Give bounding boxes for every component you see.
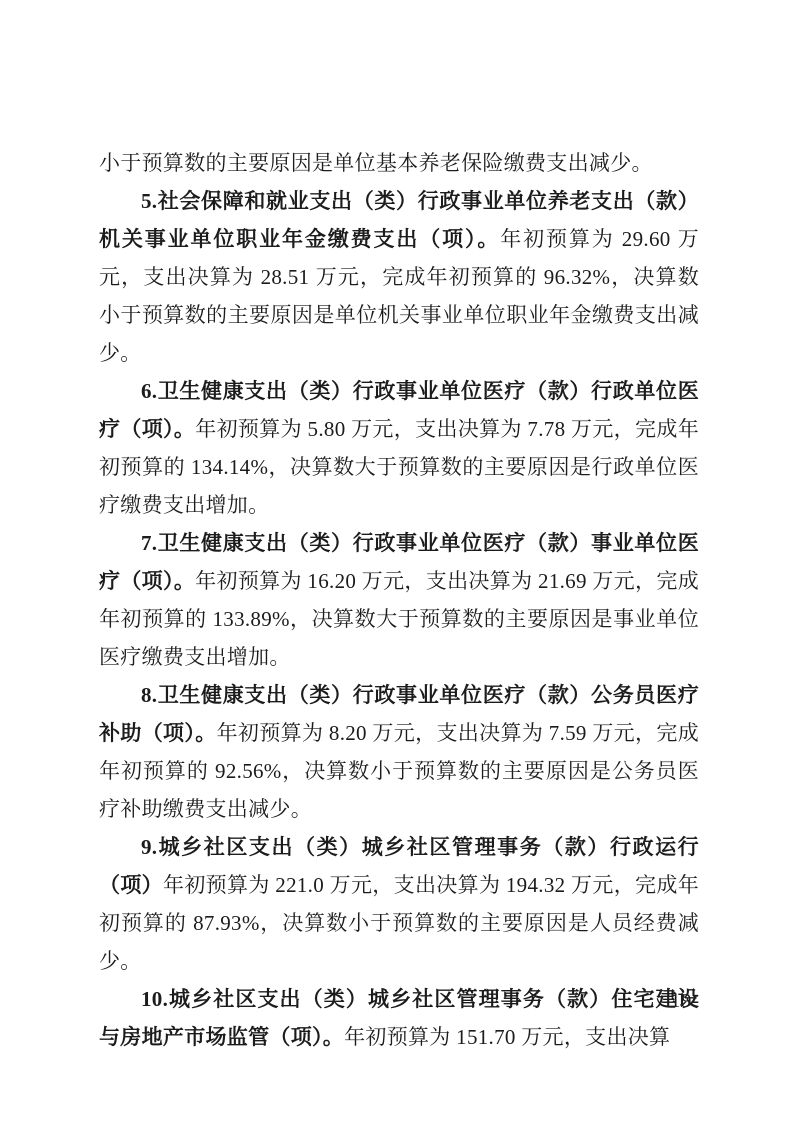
paragraph-text: 小于预算数的主要原因是单位基本养老保险缴费支出减少。	[99, 151, 653, 175]
paragraph-item-8: 8.卫生健康支出（类）行政事业单位医疗（款）公务员医疗补助（项）。年初预算为 8…	[99, 676, 699, 828]
paragraph-item-5: 5.社会保障和就业支出（类）行政事业单位养老支出（款）机关事业单位职业年金缴费支…	[99, 182, 699, 372]
paragraph-item-10: 10.城乡社区支出（类）城乡社区管理事务（款）住宅建设与房地产市场监管（项）。年…	[99, 980, 699, 1056]
paragraph-text: 年初预算为 221.0 万元，支出决算为 194.32 万元，完成年初预算的 8…	[99, 873, 699, 973]
paragraph-item-9: 9.城乡社区支出（类）城乡社区管理事务（款）行政运行（项）年初预算为 221.0…	[99, 828, 699, 980]
paragraph-text: 年初预算为 151.70 万元，支出决算	[344, 1025, 670, 1049]
paragraph-continuation: 小于预算数的主要原因是单位基本养老保险缴费支出减少。	[99, 144, 699, 182]
document-page: 小于预算数的主要原因是单位基本养老保险缴费支出减少。 5.社会保障和就业支出（类…	[0, 0, 793, 1122]
document-body: 小于预算数的主要原因是单位基本养老保险缴费支出减少。 5.社会保障和就业支出（类…	[99, 144, 699, 1056]
paragraph-item-7: 7.卫生健康支出（类）行政事业单位医疗（款）事业单位医疗（项）。年初预算为 16…	[99, 524, 699, 676]
paragraph-item-6: 6.卫生健康支出（类）行政事业单位医疗（款）行政单位医疗（项）。年初预算为 5.…	[99, 372, 699, 524]
page-number: -19-	[663, 990, 700, 1013]
